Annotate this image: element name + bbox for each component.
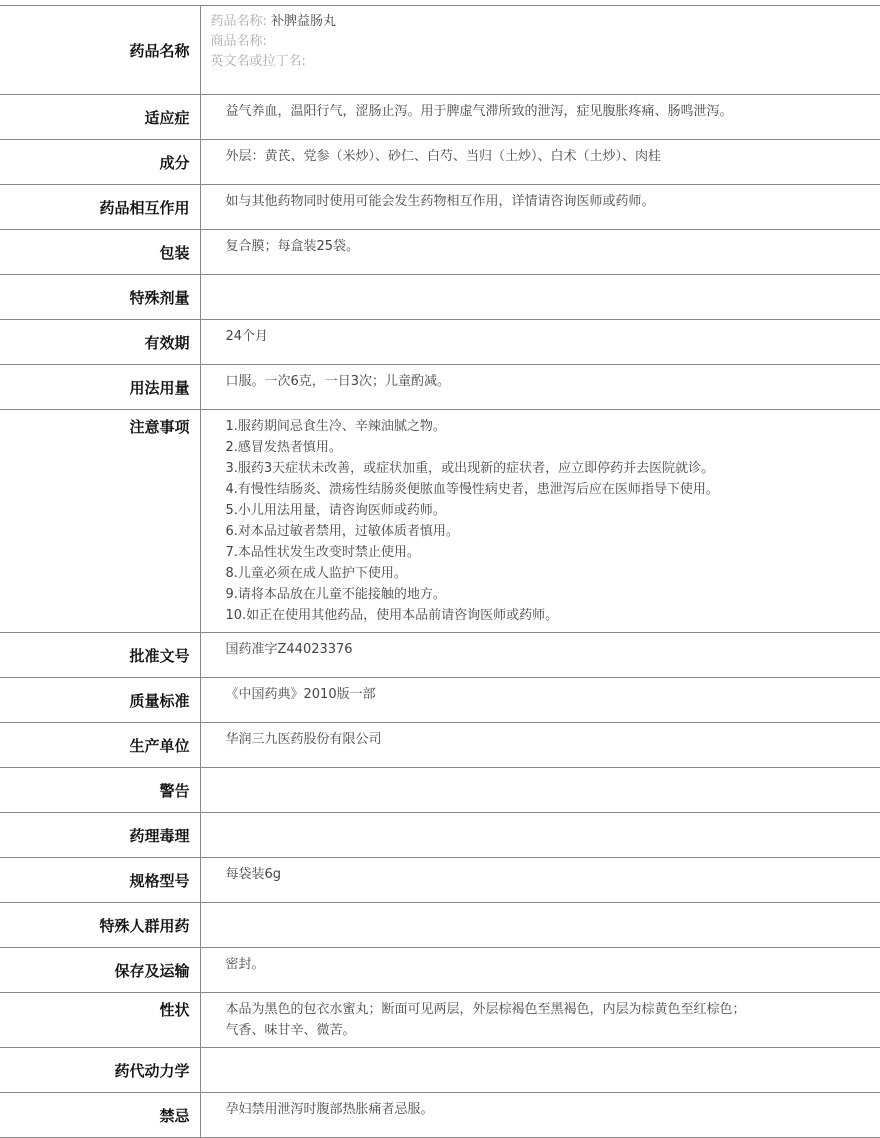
label-drug-name: 药品名称 <box>0 6 200 95</box>
row-special-dosage: 特殊剂量 <box>0 275 880 320</box>
value-special-dosage <box>200 275 880 320</box>
value-drug-name: 药品名称: 补脾益肠丸 商品名称: 英文名或拉丁名: <box>200 6 880 95</box>
precaution-item: 1.服药期间忌食生冷、辛辣油腻之物。 <box>226 416 880 437</box>
row-manufacturer: 生产单位 华润三九医药股份有限公司 <box>0 723 880 768</box>
precaution-item: 4.有慢性结肠炎、溃疡性结肠炎便脓血等慢性病史者，患泄泻后应在医师指导下使用。 <box>226 479 880 500</box>
english-name-line: 英文名或拉丁名: <box>211 52 880 72</box>
value-indication: 益气养血，温阳行气，涩肠止泻。用于脾虚气滞所致的泄泻，症见腹胀疼痛、肠鸣泄泻。 <box>200 95 880 140</box>
value-warning <box>200 768 880 813</box>
row-packaging: 包装 复合膜；每盒装25袋。 <box>0 230 880 275</box>
row-usage: 用法用量 口服。一次6克，一日3次；儿童酌减。 <box>0 365 880 410</box>
precaution-item: 9.请将本品放在儿童不能接触的地方。 <box>226 584 880 605</box>
row-validity: 有效期 24个月 <box>0 320 880 365</box>
label-standard: 质量标准 <box>0 678 200 723</box>
row-spec: 规格型号 每袋装6g <box>0 858 880 903</box>
label-approval: 批准文号 <box>0 633 200 678</box>
row-interactions: 药品相互作用 如与其他药物同时使用可能会发生药物相互作用，详情请咨询医师或药师。 <box>0 185 880 230</box>
row-precautions: 注意事项 1.服药期间忌食生冷、辛辣油腻之物。 2.感冒发热者慎用。 3.服药3… <box>0 410 880 633</box>
row-storage: 保存及运输 密封。 <box>0 948 880 993</box>
english-name-label: 英文名或拉丁名: <box>211 54 306 69</box>
row-drug-name: 药品名称 药品名称: 补脾益肠丸 商品名称: 英文名或拉丁名: <box>0 6 880 95</box>
value-standard: 《中国药典》2010版一部 <box>200 678 880 723</box>
precaution-item: 2.感冒发热者慎用。 <box>226 437 880 458</box>
label-validity: 有效期 <box>0 320 200 365</box>
value-interactions: 如与其他药物同时使用可能会发生药物相互作用，详情请咨询医师或药师。 <box>200 185 880 230</box>
label-manufacturer: 生产单位 <box>0 723 200 768</box>
value-ingredients: 外层：黄芪、党参（米炒）、砂仁、白芍、当归（土炒）、白术（土炒）、肉桂 <box>200 140 880 185</box>
value-special-groups <box>200 903 880 948</box>
value-pharmacology <box>200 813 880 858</box>
precaution-item: 8.儿童必须在成人监护下使用。 <box>226 563 880 584</box>
generic-name-value: 补脾益肠丸 <box>271 14 336 29</box>
row-approval: 批准文号 国药准字Z44023376 <box>0 633 880 678</box>
row-description: 性状 本品为黑色的包衣水蜜丸；断面可见两层，外层棕褐色至黑褐色，内层为棕黄色至红… <box>0 993 880 1041</box>
label-storage: 保存及运输 <box>0 948 200 993</box>
value-description: 本品为黑色的包衣水蜜丸；断面可见两层，外层棕褐色至黑褐色，内层为棕黄色至红棕色；… <box>200 993 880 1041</box>
generic-name-label: 药品名称: <box>211 14 267 29</box>
row-indication: 适应症 益气养血，温阳行气，涩肠止泻。用于脾虚气滞所致的泄泻，症见腹胀疼痛、肠鸣… <box>0 95 880 140</box>
label-special-dosage: 特殊剂量 <box>0 275 200 320</box>
row-warning: 警告 <box>0 768 880 813</box>
generic-name-line: 药品名称: 补脾益肠丸 <box>211 12 880 32</box>
value-approval: 国药准字Z44023376 <box>200 633 880 678</box>
row-pharmacology: 药理毒理 <box>0 813 880 858</box>
value-precautions: 1.服药期间忌食生冷、辛辣油腻之物。 2.感冒发热者慎用。 3.服药3天症状未改… <box>200 410 880 633</box>
label-interactions: 药品相互作用 <box>0 185 200 230</box>
value-storage: 密封。 <box>200 948 880 993</box>
trade-name-label: 商品名称: <box>211 34 267 49</box>
value-manufacturer: 华润三九医药股份有限公司 <box>200 723 880 768</box>
row-standard: 质量标准 《中国药典》2010版一部 <box>0 678 880 723</box>
label-usage: 用法用量 <box>0 365 200 410</box>
drug-spec-table: 药品名称 药品名称: 补脾益肠丸 商品名称: 英文名或拉丁名: 适应症 益气养血… <box>0 5 880 1040</box>
value-validity: 24个月 <box>200 320 880 365</box>
trade-name-line: 商品名称: <box>211 32 880 52</box>
description-line: 本品为黑色的包衣水蜜丸；断面可见两层，外层棕褐色至黑褐色，内层为棕黄色至红棕色； <box>226 999 880 1020</box>
label-spec: 规格型号 <box>0 858 200 903</box>
label-indication: 适应症 <box>0 95 200 140</box>
row-special-groups: 特殊人群用药 <box>0 903 880 948</box>
precaution-item: 10.如正在使用其他药品，使用本品前请咨询医师或药师。 <box>226 605 880 626</box>
value-spec: 每袋装6g <box>200 858 880 903</box>
label-special-groups: 特殊人群用药 <box>0 903 200 948</box>
label-precautions: 注意事项 <box>0 410 200 633</box>
value-usage: 口服。一次6克，一日3次；儿童酌减。 <box>200 365 880 410</box>
description-line: 气香、味甘辛、微苦。 <box>226 1020 880 1040</box>
precaution-item: 5.小儿用法用量，请咨询医师或药师。 <box>226 500 880 521</box>
precaution-item: 3.服药3天症状未改善，或症状加重，或出现新的症状者，应立即停药并去医院就诊。 <box>226 458 880 479</box>
label-warning: 警告 <box>0 768 200 813</box>
label-description: 性状 <box>0 993 200 1041</box>
row-ingredients: 成分 外层：黄芪、党参（米炒）、砂仁、白芍、当归（土炒）、白术（土炒）、肉桂 <box>0 140 880 185</box>
label-pharmacology: 药理毒理 <box>0 813 200 858</box>
precaution-item: 7.本品性状发生改变时禁止使用。 <box>226 542 880 563</box>
label-packaging: 包装 <box>0 230 200 275</box>
label-ingredients: 成分 <box>0 140 200 185</box>
value-packaging: 复合膜；每盒装25袋。 <box>200 230 880 275</box>
precaution-item: 6.对本品过敏者禁用，过敏体质者慎用。 <box>226 521 880 542</box>
